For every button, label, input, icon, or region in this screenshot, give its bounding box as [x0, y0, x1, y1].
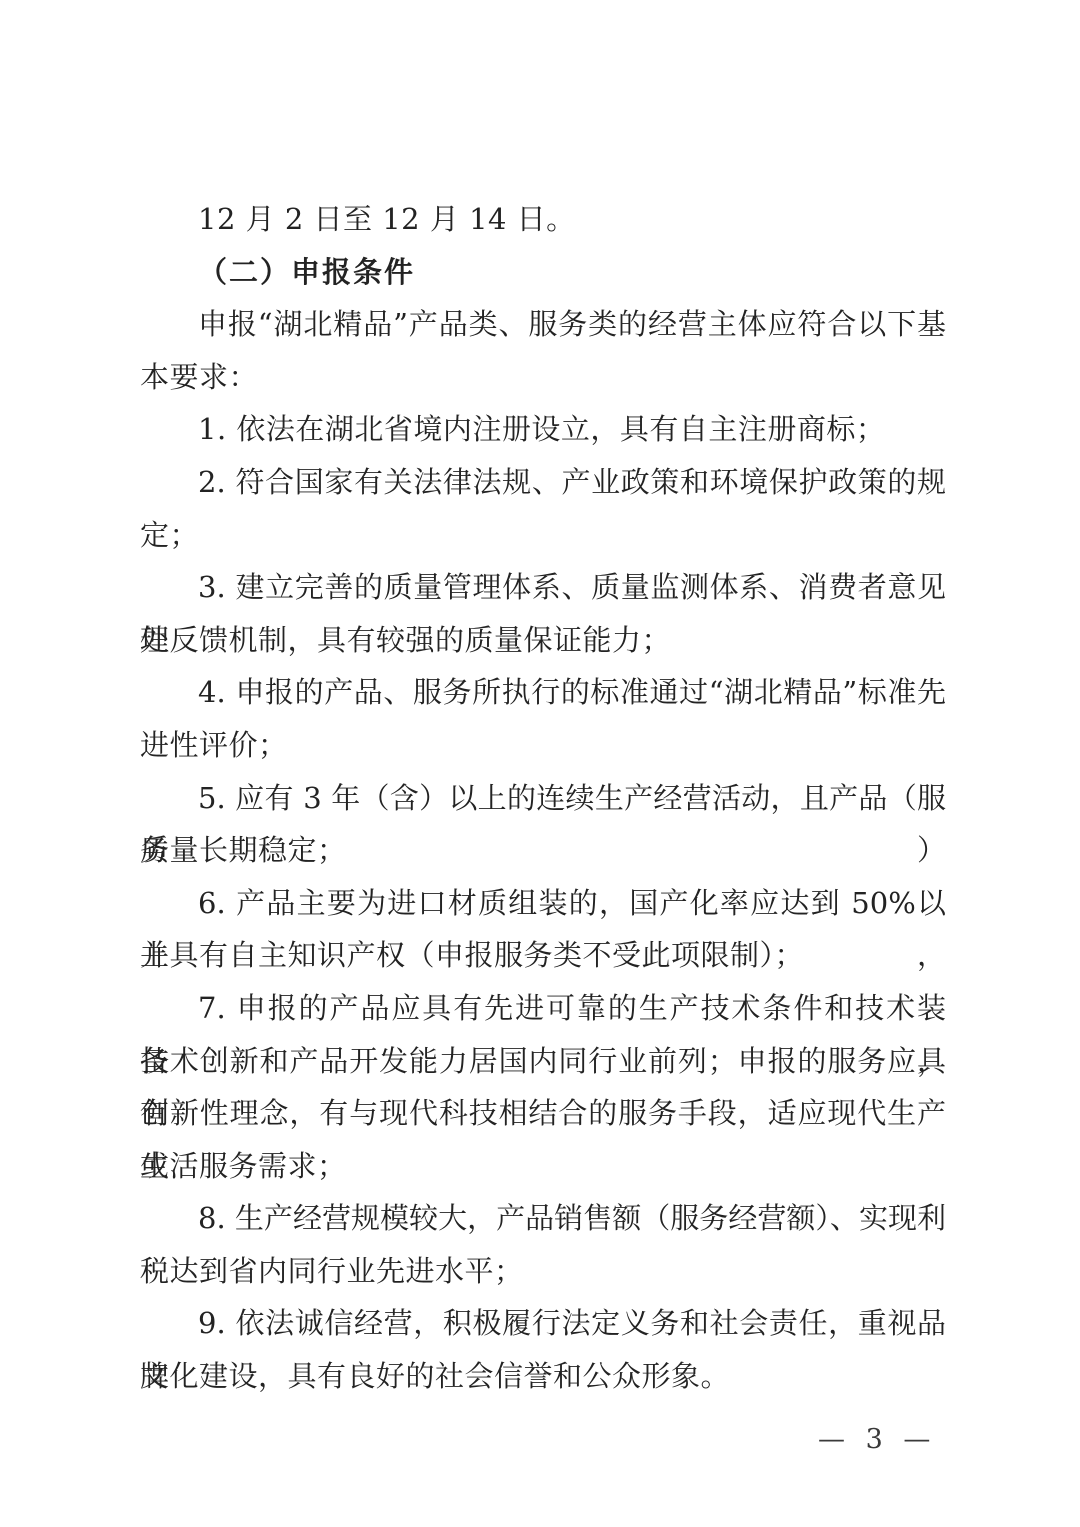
doc-line-item-1: 1. 依法在湖北省境内注册设立，具有自主注册商标；: [140, 403, 946, 456]
doc-line: 申报“湖北精品”产品类、服务类的经营主体应符合以下基: [140, 298, 946, 351]
doc-line: 文化建设，具有良好的社会信誉和公众形象。: [140, 1350, 946, 1403]
doc-line-item-4: 4. 申报的产品、服务所执行的标准通过“湖北精品”标准先: [140, 666, 946, 719]
document-page: 12 月 2 日至 12 月 14 日。 （二）申报条件 申报“湖北精品”产品类…: [0, 0, 1080, 1527]
section-heading: （二）申报条件: [140, 246, 946, 299]
doc-line-item-6: 6. 产品主要为进口材质组装的，国产化率应达到 50%以上，: [140, 877, 946, 930]
doc-line: 本要求：: [140, 351, 946, 404]
doc-line: 生活服务需求；: [140, 1140, 946, 1193]
doc-line: 理反馈机制，具有较强的质量保证能力；: [140, 614, 946, 667]
document-body: 12 月 2 日至 12 月 14 日。 （二）申报条件 申报“湖北精品”产品类…: [140, 193, 946, 1403]
page-number: — 3 —: [818, 1424, 936, 1456]
doc-line-item-2: 2. 符合国家有关法律法规、产业政策和环境保护政策的规: [140, 456, 946, 509]
doc-line: 技术创新和产品开发能力居国内同行业前列；申报的服务应具有: [140, 1035, 946, 1088]
doc-line-item-9: 9. 依法诚信经营，积极履行法定义务和社会责任，重视品牌: [140, 1297, 946, 1350]
doc-line: 税达到省内同行业先进水平；: [140, 1245, 946, 1298]
doc-line-item-3: 3. 建立完善的质量管理体系、质量监测体系、消费者意见处: [140, 561, 946, 614]
doc-line: 创新性理念，有与现代科技相结合的服务手段，适应现代生产或: [140, 1087, 946, 1140]
doc-line: 进性评价；: [140, 719, 946, 772]
doc-line-date-range: 12 月 2 日至 12 月 14 日。: [140, 193, 946, 246]
doc-line-item-5: 5. 应有 3 年（含）以上的连续生产经营活动，且产品（服务）: [140, 772, 946, 825]
doc-line-item-7: 7. 申报的产品应具有先进可靠的生产技术条件和技术装备，: [140, 982, 946, 1035]
doc-line: 定；: [140, 509, 946, 562]
doc-line-item-8: 8. 生产经营规模较大，产品销售额（服务经营额）、实现利: [140, 1192, 946, 1245]
